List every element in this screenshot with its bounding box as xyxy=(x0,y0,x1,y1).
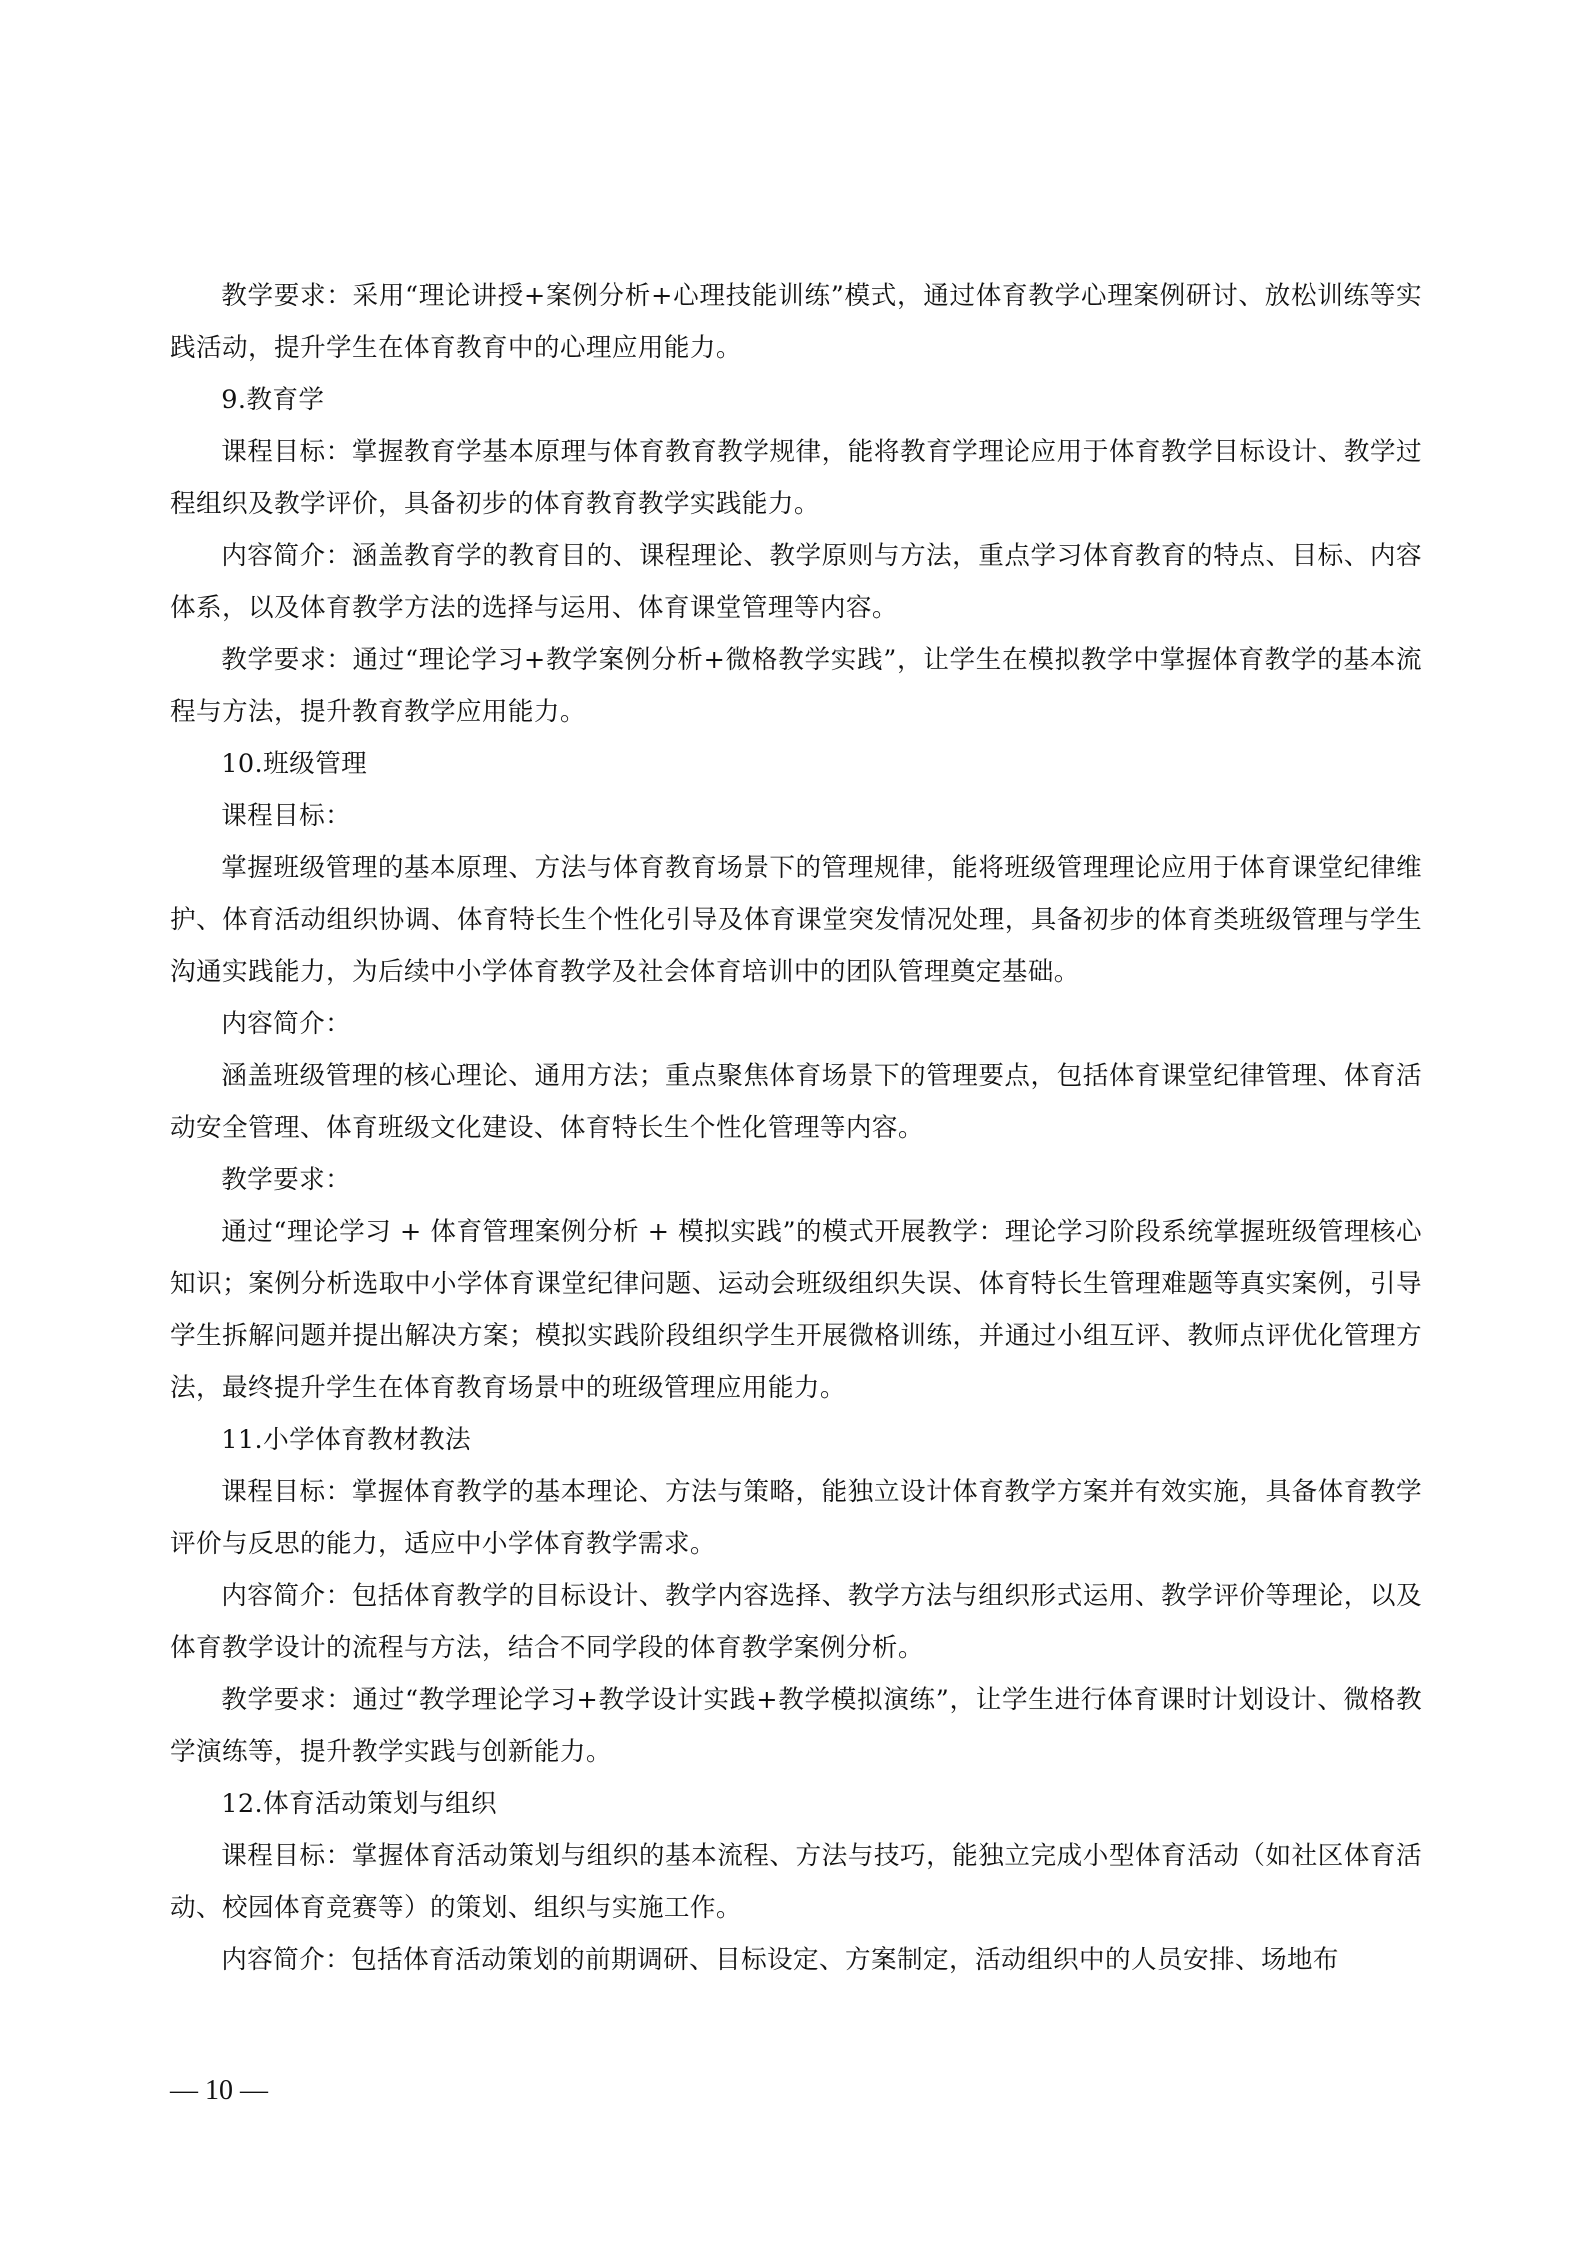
paragraph-content-summary-9: 内容简介：涵盖教育学的教育目的、课程理论、教学原则与方法，重点学习体育教育的特点… xyxy=(170,530,1422,634)
paragraph-teaching-requirements-11: 教学要求：通过“教学理论学习+教学设计实践+教学模拟演练”，让学生进行体育课时计… xyxy=(170,1674,1422,1778)
paragraph-course-objective-10: 掌握班级管理的基本原理、方法与体育教育场景下的管理规律，能将班级管理理论应用于体… xyxy=(170,842,1422,998)
paragraph-course-objective-11: 课程目标：掌握体育教学的基本理论、方法与策略，能独立设计体育教学方案并有效实施，… xyxy=(170,1466,1422,1570)
heading-course-11-pe-teaching-methods: 11.小学体育教材教法 xyxy=(170,1414,1422,1466)
paragraph-content-summary-11: 内容简介：包括体育教学的目标设计、教学内容选择、教学方法与组织形式运用、教学评价… xyxy=(170,1570,1422,1674)
label-content-summary-10: 内容简介： xyxy=(170,998,1422,1050)
heading-course-9-pedagogy: 9.教育学 xyxy=(170,374,1422,426)
paragraph-content-summary-12: 内容简介：包括体育活动策划的前期调研、目标设定、方案制定，活动组织中的人员安排、… xyxy=(170,1934,1422,1986)
paragraph-content-summary-10: 涵盖班级管理的核心理论、通用方法；重点聚焦体育场景下的管理要点，包括体育课堂纪律… xyxy=(170,1050,1422,1154)
paragraph-teaching-requirements-9: 教学要求：通过“理论学习+教学案例分析+微格教学实践”，让学生在模拟教学中掌握体… xyxy=(170,634,1422,738)
document-body: 教学要求：采用“理论讲授+案例分析+心理技能训练”模式，通过体育教学心理案例研讨… xyxy=(170,270,1422,1986)
paragraph-course-objective-9: 课程目标：掌握教育学基本原理与体育教育教学规律，能将教育学理论应用于体育教学目标… xyxy=(170,426,1422,530)
heading-course-12-sports-event-planning: 12.体育活动策划与组织 xyxy=(170,1778,1422,1830)
page-number: — 10 — xyxy=(170,2075,268,2107)
label-teaching-requirements-10: 教学要求： xyxy=(170,1154,1422,1206)
paragraph-teaching-requirements-10: 通过“理论学习 + 体育管理案例分析 + 模拟实践”的模式开展教学：理论学习阶段… xyxy=(170,1206,1422,1414)
paragraph-teaching-requirements-psychology: 教学要求：采用“理论讲授+案例分析+心理技能训练”模式，通过体育教学心理案例研讨… xyxy=(170,270,1422,374)
paragraph-course-objective-12: 课程目标：掌握体育活动策划与组织的基本流程、方法与技巧，能独立完成小型体育活动（… xyxy=(170,1830,1422,1934)
heading-course-10-class-management: 10.班级管理 xyxy=(170,738,1422,790)
label-course-objective-10: 课程目标： xyxy=(170,790,1422,842)
